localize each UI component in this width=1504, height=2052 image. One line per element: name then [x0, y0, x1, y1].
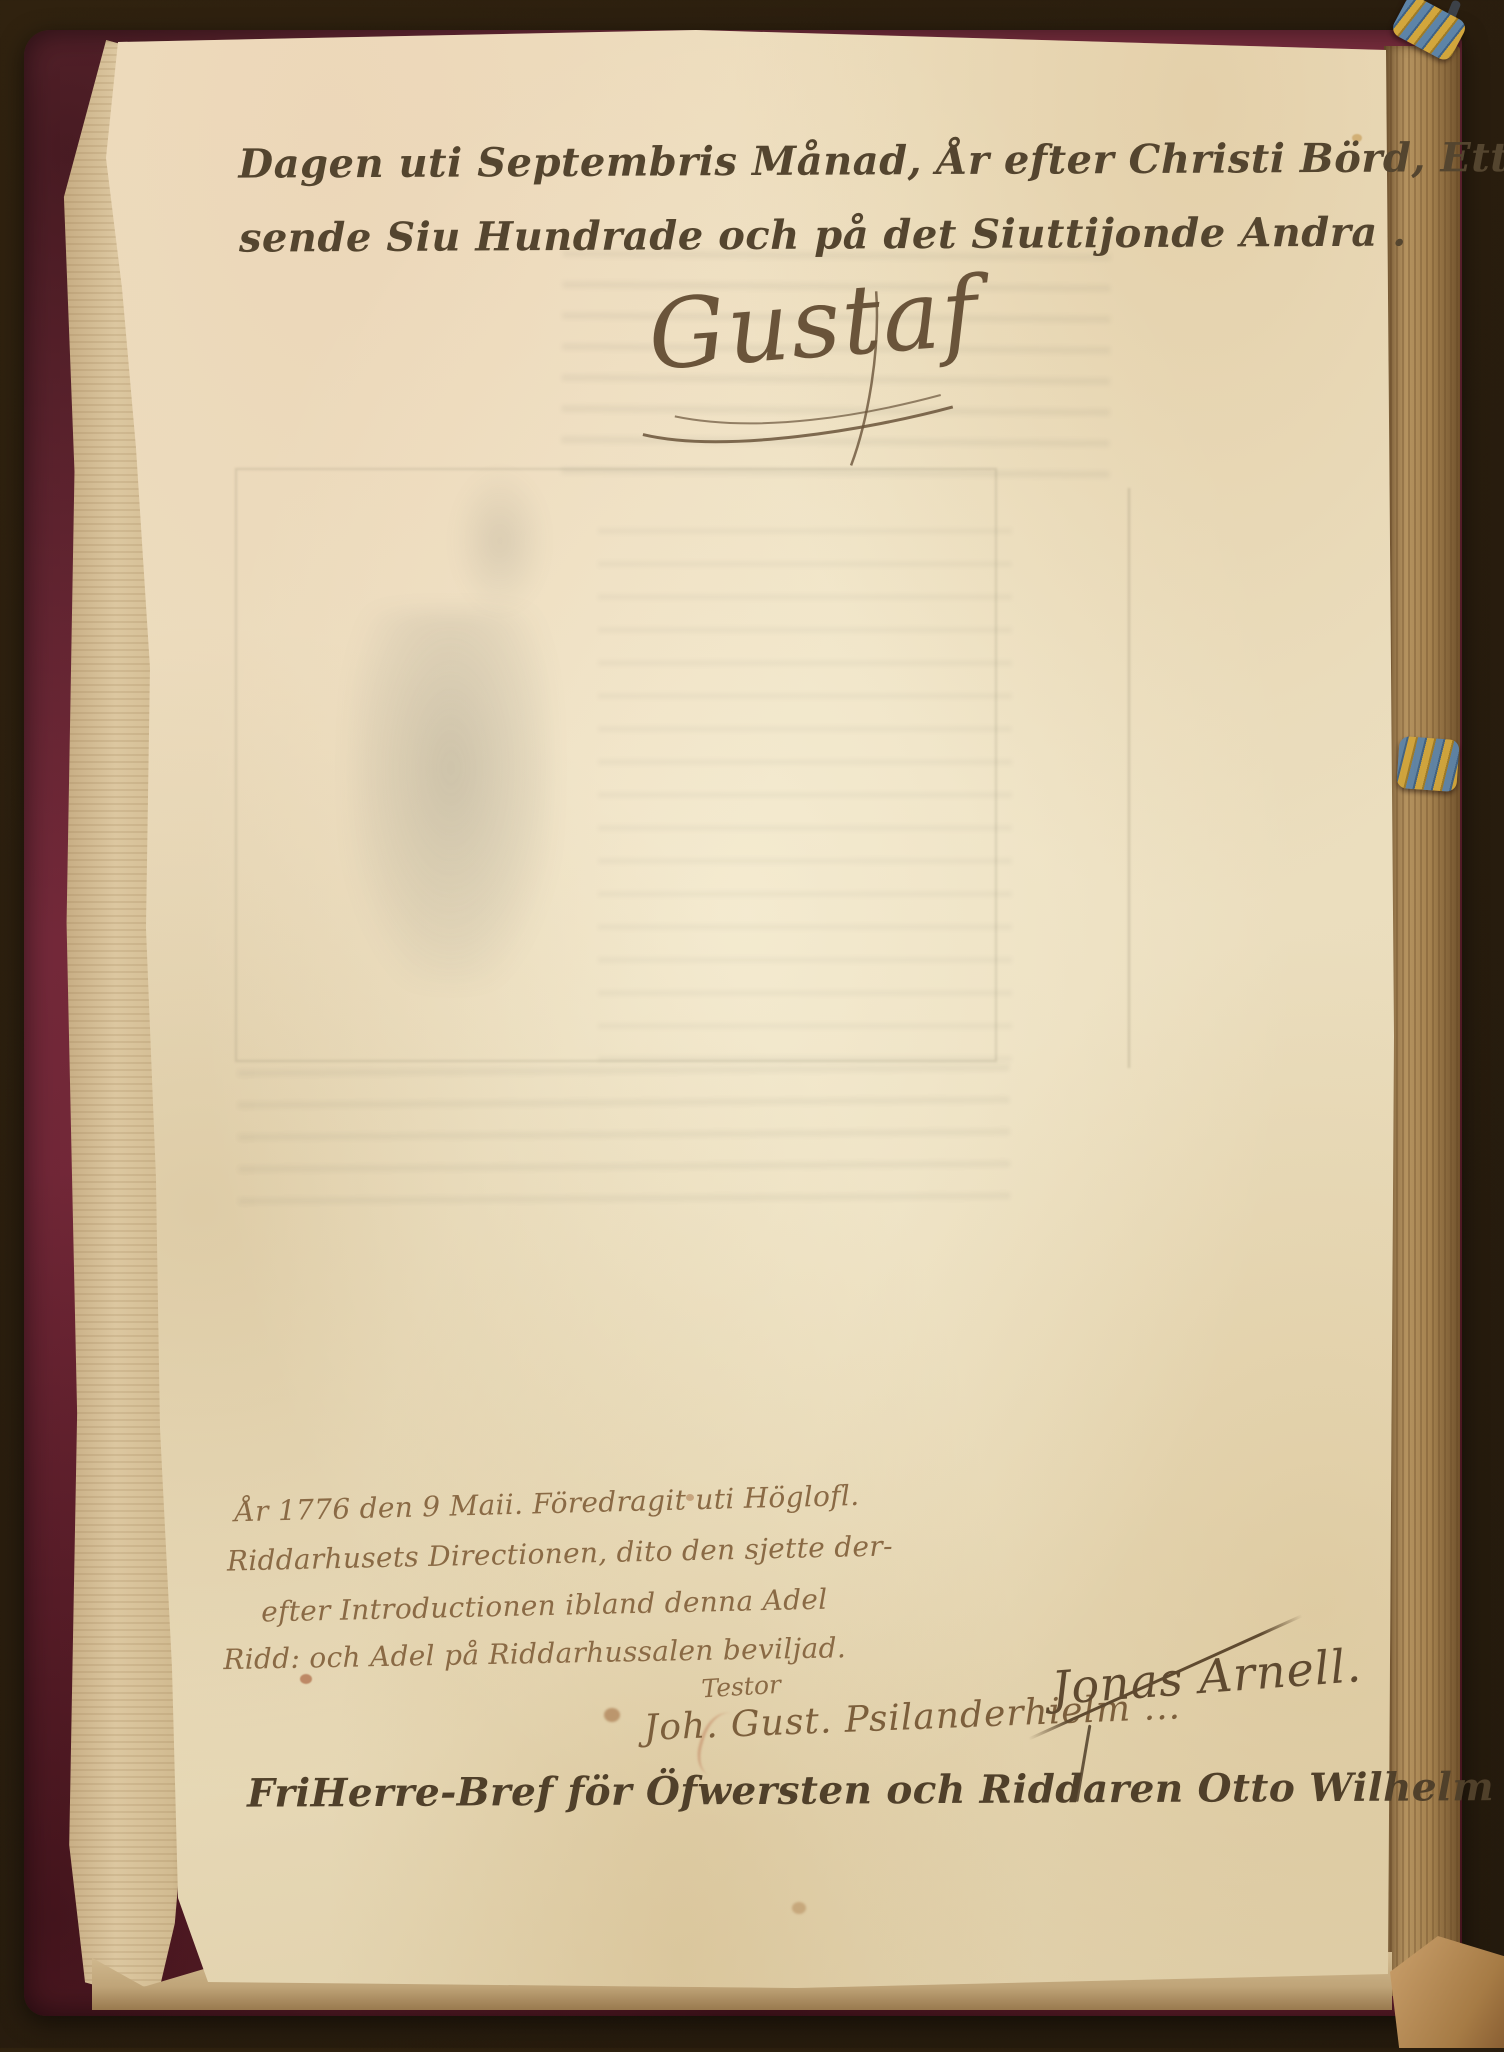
heading-line-2: sende Siu Hundrade och på det Siuttijond… — [239, 209, 1407, 262]
heading-line-1: Dagen uti Septembris Månad, År efter Chr… — [238, 134, 1504, 188]
document-title-line: FriHerre-Bref för Öfwersten och Riddaren… — [247, 1763, 1504, 1817]
counter-signature: Jonas Arnell. — [1050, 1638, 1364, 1715]
marginal-annotation-line-3: efter Introductionen ibland denna Adel — [261, 1583, 828, 1629]
endband-middle — [1396, 736, 1459, 792]
handwriting-layer: Dagen uti Septembris Månad, År efter Chr… — [0, 0, 1504, 2048]
signature-flourish — [614, 257, 975, 479]
photo-background: Dagen uti Septembris Månad, År efter Chr… — [0, 0, 1504, 2048]
marginal-annotation-line-2: Riddarhusets Directionen, dito den sjett… — [226, 1529, 893, 1577]
marginal-annotation-line-1: År 1776 den 9 Maii. Föredragit uti Höglo… — [234, 1479, 860, 1528]
marginal-annotation-line-4: Ridd: och Adel på Riddarhussalen bevilja… — [223, 1631, 846, 1676]
attestation-word: Testor — [701, 1670, 782, 1704]
